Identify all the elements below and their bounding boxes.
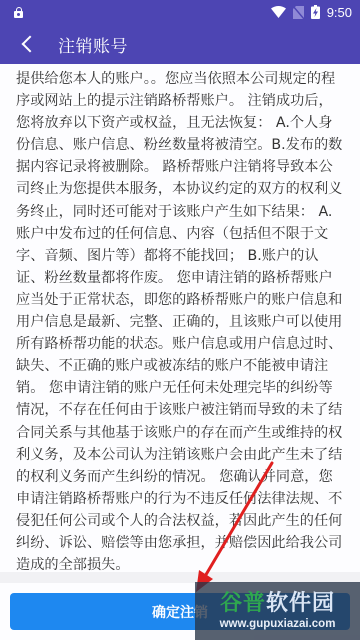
- page-title: 注销账号: [58, 32, 128, 57]
- watermark-overlay: 谷普软件园 www.gupuxiazai.com: [195, 582, 360, 640]
- no-sim-icon: [293, 6, 304, 19]
- status-right: 9:50: [271, 5, 352, 20]
- watermark-url: www.gupuxiazai.com: [220, 617, 336, 631]
- lock-icon: [14, 7, 23, 18]
- status-time: 9:50: [327, 5, 352, 20]
- chevron-left-icon: [22, 36, 39, 53]
- app-bar: 注销账号: [0, 24, 360, 64]
- watermark-title: 谷普软件园: [220, 591, 335, 617]
- status-left: [14, 7, 23, 18]
- battery-charging-icon: [311, 5, 320, 19]
- wifi-icon: [271, 6, 286, 18]
- agreement-text: 提供给您本人的账户。。您应当依照本公司规定的程序或网站上的提示注销路桥帮账户。 …: [16, 68, 346, 572]
- agreement-scroll-area[interactable]: 提供给您本人的账户。。您应当依照本公司规定的程序或网站上的提示注销路桥帮账户。 …: [0, 64, 360, 572]
- back-button[interactable]: [4, 24, 52, 64]
- status-bar: 9:50: [0, 0, 360, 24]
